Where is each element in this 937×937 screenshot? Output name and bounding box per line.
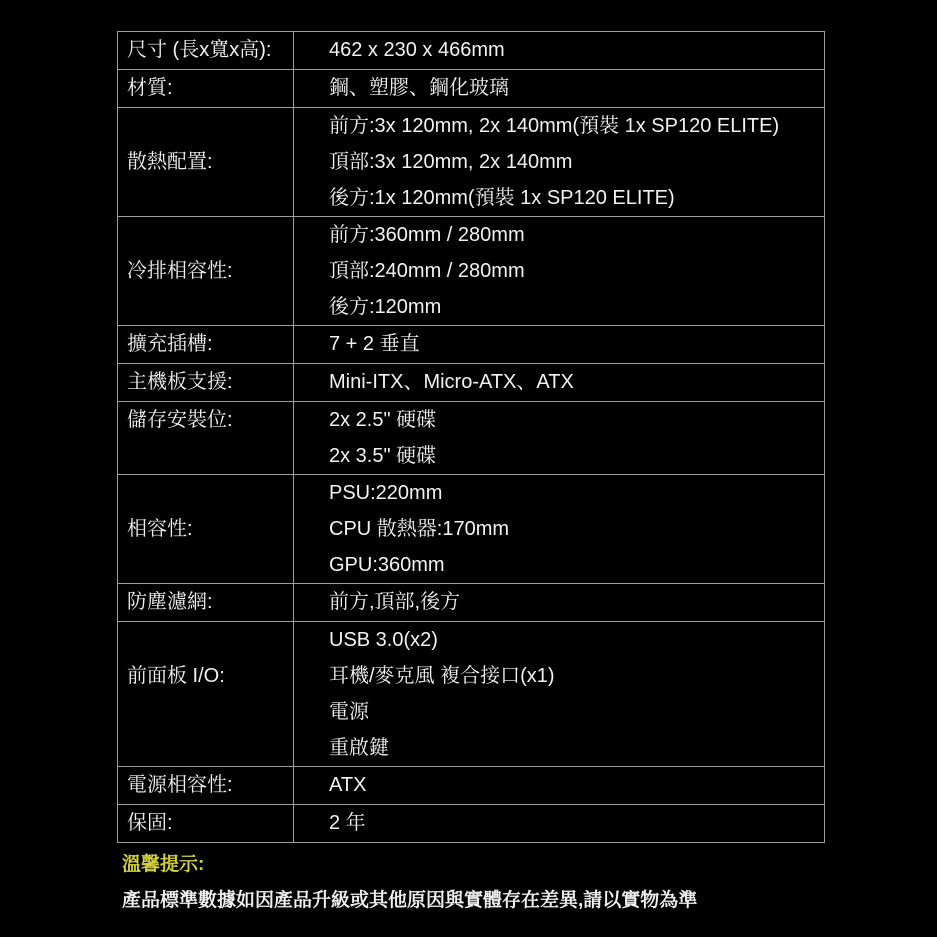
notice-body: 產品標準數據如因產品升級或其他原因與實體存在差異,請以實物為準 (122, 885, 697, 912)
spec-value-line: 鋼、塑膠、鋼化玻璃 (329, 70, 824, 107)
spec-row-cooling-layout: 散熱配置: 前方:3x 120mm, 2x 140mm(預裝 1x SP120 … (118, 108, 824, 217)
spec-value-line: GPU:360mm (329, 547, 824, 583)
spec-value-cell: 鋼、塑膠、鋼化玻璃 (294, 70, 824, 107)
spec-row-compatibility: 相容性: PSU:220mm CPU 散熱器:170mm GPU:360mm (118, 475, 824, 584)
spec-value-cell: ATX (294, 767, 824, 804)
spec-label-cell: 尺寸 (長x寬x高): (118, 32, 294, 69)
spec-page: 尺寸 (長x寬x高): 462 x 230 x 466mm 材質: 鋼、塑膠、鋼… (0, 0, 937, 937)
spec-label-cell: 電源相容性: (118, 767, 294, 804)
spec-label: 主機板支援: (127, 364, 293, 401)
spec-row-dimensions: 尺寸 (長x寬x高): 462 x 230 x 466mm (118, 32, 824, 70)
spec-value-line: ATX (329, 767, 824, 804)
spec-value-line: 前方,頂部,後方 (329, 584, 824, 621)
spec-label-cell: 前面板 I/O: (118, 622, 294, 766)
notice-title: 溫馨提示: (122, 852, 697, 878)
spec-label-cell: 材質: (118, 70, 294, 107)
spec-label: 前面板 I/O: (127, 658, 293, 694)
spec-row-psu-compat: 電源相容性: ATX (118, 767, 824, 805)
spec-value-cell: Mini-ITX、Micro-ATX、ATX (294, 364, 824, 401)
spec-row-dust-filters: 防塵濾網: 前方,頂部,後方 (118, 584, 824, 622)
spec-value-line: PSU:220mm (329, 475, 824, 511)
spec-value-cell: 2 年 (294, 805, 824, 842)
spec-value-line: 2x 3.5" 硬碟 (329, 438, 824, 474)
spec-label-cell: 儲存安裝位: (118, 402, 294, 474)
spec-value-line: 電源 (329, 694, 824, 730)
spec-value-line: 2x 2.5" 硬碟 (329, 402, 824, 438)
spec-label-cell: 擴充插槽: (118, 326, 294, 363)
spec-row-front-panel-io: 前面板 I/O: USB 3.0(x2) 耳機/麥克風 複合接口(x1) 電源 … (118, 622, 824, 767)
spec-label: 冷排相容性: (127, 253, 293, 289)
spec-label-cell: 散熱配置: (118, 108, 294, 216)
spec-label-cell: 保固: (118, 805, 294, 842)
spec-value-line: USB 3.0(x2) (329, 622, 824, 658)
spec-value-line: 耳機/麥克風 複合接口(x1) (329, 658, 824, 694)
spec-value-line: Mini-ITX、Micro-ATX、ATX (329, 364, 824, 401)
spec-value-line: 前方:3x 120mm, 2x 140mm(預裝 1x SP120 ELITE) (329, 108, 824, 144)
spec-value-cell: USB 3.0(x2) 耳機/麥克風 複合接口(x1) 電源 重啟鍵 (294, 622, 824, 766)
spec-value-line: 頂部:240mm / 280mm (329, 253, 824, 289)
spec-row-radiator-compat: 冷排相容性: 前方:360mm / 280mm 頂部:240mm / 280mm… (118, 217, 824, 326)
spec-value-line: 462 x 230 x 466mm (329, 32, 824, 69)
spec-value-line: 重啟鍵 (329, 730, 824, 766)
spec-row-storage-bays: 儲存安裝位: 2x 2.5" 硬碟 2x 3.5" 硬碟 (118, 402, 824, 475)
spec-value-line: CPU 散熱器:170mm (329, 511, 824, 547)
spec-label: 相容性: (127, 511, 293, 547)
spec-label: 防塵濾網: (127, 584, 293, 621)
spec-label: 儲存安裝位: (127, 402, 293, 438)
spec-value-line: 2 年 (329, 805, 824, 842)
spec-value-line: 後方:120mm (329, 289, 824, 325)
spec-value-line: 前方:360mm / 280mm (329, 217, 824, 253)
spec-value-cell: 前方:3x 120mm, 2x 140mm(預裝 1x SP120 ELITE)… (294, 108, 824, 216)
spec-value-line: 頂部:3x 120mm, 2x 140mm (329, 144, 824, 180)
spec-value-cell: 2x 2.5" 硬碟 2x 3.5" 硬碟 (294, 402, 824, 474)
notice-section: 溫馨提示: 產品標準數據如因產品升級或其他原因與實體存在差異,請以實物為準 (122, 852, 697, 912)
spec-label: 材質: (127, 70, 293, 107)
spec-value-cell: 462 x 230 x 466mm (294, 32, 824, 69)
spec-value-cell: 7 + 2 垂直 (294, 326, 824, 363)
spec-row-material: 材質: 鋼、塑膠、鋼化玻璃 (118, 70, 824, 108)
spec-label: 電源相容性: (127, 767, 293, 804)
spec-label-cell: 相容性: (118, 475, 294, 583)
spec-table: 尺寸 (長x寬x高): 462 x 230 x 466mm 材質: 鋼、塑膠、鋼… (117, 31, 825, 843)
spec-label-cell: 防塵濾網: (118, 584, 294, 621)
spec-label: 擴充插槽: (127, 326, 293, 363)
spec-label: 尺寸 (長x寬x高): (127, 32, 293, 69)
spec-row-warranty: 保固: 2 年 (118, 805, 824, 842)
spec-value-line: 7 + 2 垂直 (329, 326, 824, 363)
spec-label: 散熱配置: (127, 144, 293, 180)
spec-row-expansion-slots: 擴充插槽: 7 + 2 垂直 (118, 326, 824, 364)
spec-value-cell: PSU:220mm CPU 散熱器:170mm GPU:360mm (294, 475, 824, 583)
spec-label-cell: 冷排相容性: (118, 217, 294, 325)
spec-value-line: 後方:1x 120mm(預裝 1x SP120 ELITE) (329, 180, 824, 216)
spec-label-cell: 主機板支援: (118, 364, 294, 401)
spec-label: 保固: (127, 805, 293, 842)
spec-value-cell: 前方,頂部,後方 (294, 584, 824, 621)
spec-value-cell: 前方:360mm / 280mm 頂部:240mm / 280mm 後方:120… (294, 217, 824, 325)
spec-row-motherboard-support: 主機板支援: Mini-ITX、Micro-ATX、ATX (118, 364, 824, 402)
